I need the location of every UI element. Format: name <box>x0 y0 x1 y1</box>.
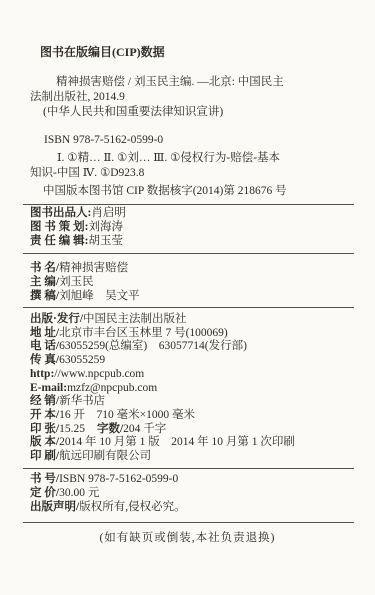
row-label: 经 销/ <box>30 395 59 407</box>
row-label: 出版声明/ <box>30 501 79 513</box>
divider-4 <box>23 468 354 469</box>
row-edition: 版 本/2014 年 10 月第 1 版 2014 年 10 月第 1 次印刷 <box>30 436 357 450</box>
row-value: 63055259 <box>59 354 105 366</box>
row-copyright-statement: 出版声明/版权所有,侵权必究。 <box>30 500 357 514</box>
row-planner: 图 书 策 划:刘海涛 <box>30 220 357 234</box>
row-value: 北京市丰台区玉林里 7 号(100069) <box>59 327 228 339</box>
staff-block: 图书出品人:肖启明 图 书 策 划:刘海涛 责 任 编 辑:胡玉莹 <box>30 206 357 248</box>
row-printer: 印 刷/航远印刷有限公司 <box>30 450 357 464</box>
row-label: 版 本/ <box>30 436 59 448</box>
row-website: http://www.npcpub.com <box>30 368 357 382</box>
divider-2 <box>23 253 354 254</box>
row-value: ISBN 978-7-5162-0599-0 <box>59 473 178 485</box>
row-value: 16 开 710 毫米×1000 毫米 <box>59 409 195 421</box>
row-value: 30.00 元 <box>59 487 99 499</box>
row-value: 63055259(总编室) 63057714(发行部) <box>59 340 247 352</box>
row-value: 刘玉民 <box>59 276 94 288</box>
divider-5 <box>23 522 354 523</box>
publishing-block: 出版·发行/中国民主法制出版社 地 址/北京市丰台区玉林里 7 号(100069… <box>30 313 357 464</box>
divider-1 <box>23 204 354 205</box>
colophon-page: 图书在版编目(CIP)数据 精神损害赔偿 / 刘玉民主编. —北京: 中国民主 … <box>0 0 375 595</box>
row-value-2: 204 千字 <box>123 423 166 435</box>
row-label: 责 任 编 辑: <box>30 235 88 247</box>
row-label: 电 话/ <box>30 340 59 352</box>
row-label: 定 价/ <box>30 487 59 499</box>
row-label: 撰 稿/ <box>30 290 59 302</box>
row-label: E-mail: <box>30 382 67 394</box>
row-value: 中国民主法制出版社 <box>83 313 187 325</box>
row-value: 精神损害赔偿 <box>59 262 128 274</box>
cip-block: 图书在版编目(CIP)数据 精神损害赔偿 / 刘玉民主编. —北京: 中国民主 … <box>30 45 357 199</box>
row-value: mzfz@npcpub.com <box>67 382 157 394</box>
book-block: 书 名/精神损害赔偿 主 编/刘玉民 撰 稿/刘旭峰 吴文平 <box>30 261 357 303</box>
row-writers: 撰 稿/刘旭峰 吴文平 <box>30 289 357 303</box>
row-producer: 图书出品人:肖启明 <box>30 206 357 220</box>
row-label-2: 字数/ <box>97 423 123 435</box>
divider-3 <box>23 307 354 308</box>
row-value: 15.25 <box>59 423 85 435</box>
row-distributor: 经 销/新华书店 <box>30 395 357 409</box>
cip-record-line-1: 精神损害赔偿 / 刘玉民主编. —北京: 中国民主 <box>30 75 357 90</box>
row-email: E-mail:mzfz@npcpub.com <box>30 382 357 396</box>
cip-registry-number: 中国版本图书馆 CIP 数据核字(2014)第 218676 号 <box>30 184 357 199</box>
row-book-title: 书 名/精神损害赔偿 <box>30 261 357 275</box>
row-chief-editor: 主 编/刘玉民 <box>30 275 357 289</box>
row-value: 肖启明 <box>91 207 126 219</box>
row-value: 2014 年 10 月第 1 版 2014 年 10 月第 1 次印刷 <box>59 436 295 448</box>
row-label: 地 址/ <box>30 327 59 339</box>
classification-line-1: Ⅰ. ①精… Ⅱ. ①刘… Ⅲ. ①侵权行为-赔偿-基本 <box>30 151 357 166</box>
row-label: 书 名/ <box>30 262 59 274</box>
row-value: 刘旭峰 吴文平 <box>59 290 140 302</box>
row-address: 地 址/北京市丰台区玉林里 7 号(100069) <box>30 327 357 341</box>
row-label: 主 编/ <box>30 276 59 288</box>
cip-heading: 图书在版编目(CIP)数据 <box>30 45 357 60</box>
row-label: 图 书 策 划: <box>30 221 88 233</box>
row-editor: 责 任 编 辑:胡玉莹 <box>30 234 357 248</box>
row-publisher: 出版·发行/中国民主法制出版社 <box>30 313 357 327</box>
row-phone: 电 话/63055259(总编室) 63057714(发行部) <box>30 340 357 354</box>
return-policy-note: (如有缺页或倒装,本社负责退换) <box>0 531 375 546</box>
cip-record-line-2: 法制出版社, 2014.9 <box>30 90 357 105</box>
row-value: 刘海涛 <box>88 221 123 233</box>
row-value: 航远印刷有限公司 <box>59 450 151 462</box>
row-book-number: 书 号/ISBN 978-7-5162-0599-0 <box>30 472 357 486</box>
row-value: 新华书店 <box>59 395 105 407</box>
row-label: 图书出品人: <box>30 207 91 219</box>
row-label: 传 真/ <box>30 354 59 366</box>
row-label: 印 张/ <box>30 423 59 435</box>
row-fax: 传 真/63055259 <box>30 354 357 368</box>
row-value: 版权所有,侵权必究。 <box>79 501 185 513</box>
row-value: 胡玉莹 <box>88 235 123 247</box>
row-label: 印 刷/ <box>30 450 59 462</box>
series-note: (中华人民共和国重要法律知识宣讲) <box>30 105 357 120</box>
classification-line-2: 知识-中国 Ⅳ. ①D923.8 <box>30 166 357 181</box>
row-label: 书 号/ <box>30 473 59 485</box>
row-value: //www.npcpub.com <box>54 368 144 380</box>
row-sheets-wordcount: 印 张/15.25字数/204 千字 <box>30 423 357 437</box>
row-label: 出版·发行/ <box>30 313 83 325</box>
row-label: http: <box>30 368 54 380</box>
isbn-line: ISBN 978-7-5162-0599-0 <box>30 133 357 148</box>
row-price: 定 价/30.00 元 <box>30 486 357 500</box>
row-label: 开 本/ <box>30 409 59 421</box>
pricing-block: 书 号/ISBN 978-7-5162-0599-0 定 价/30.00 元 出… <box>30 472 357 514</box>
row-format: 开 本/16 开 710 毫米×1000 毫米 <box>30 409 357 423</box>
